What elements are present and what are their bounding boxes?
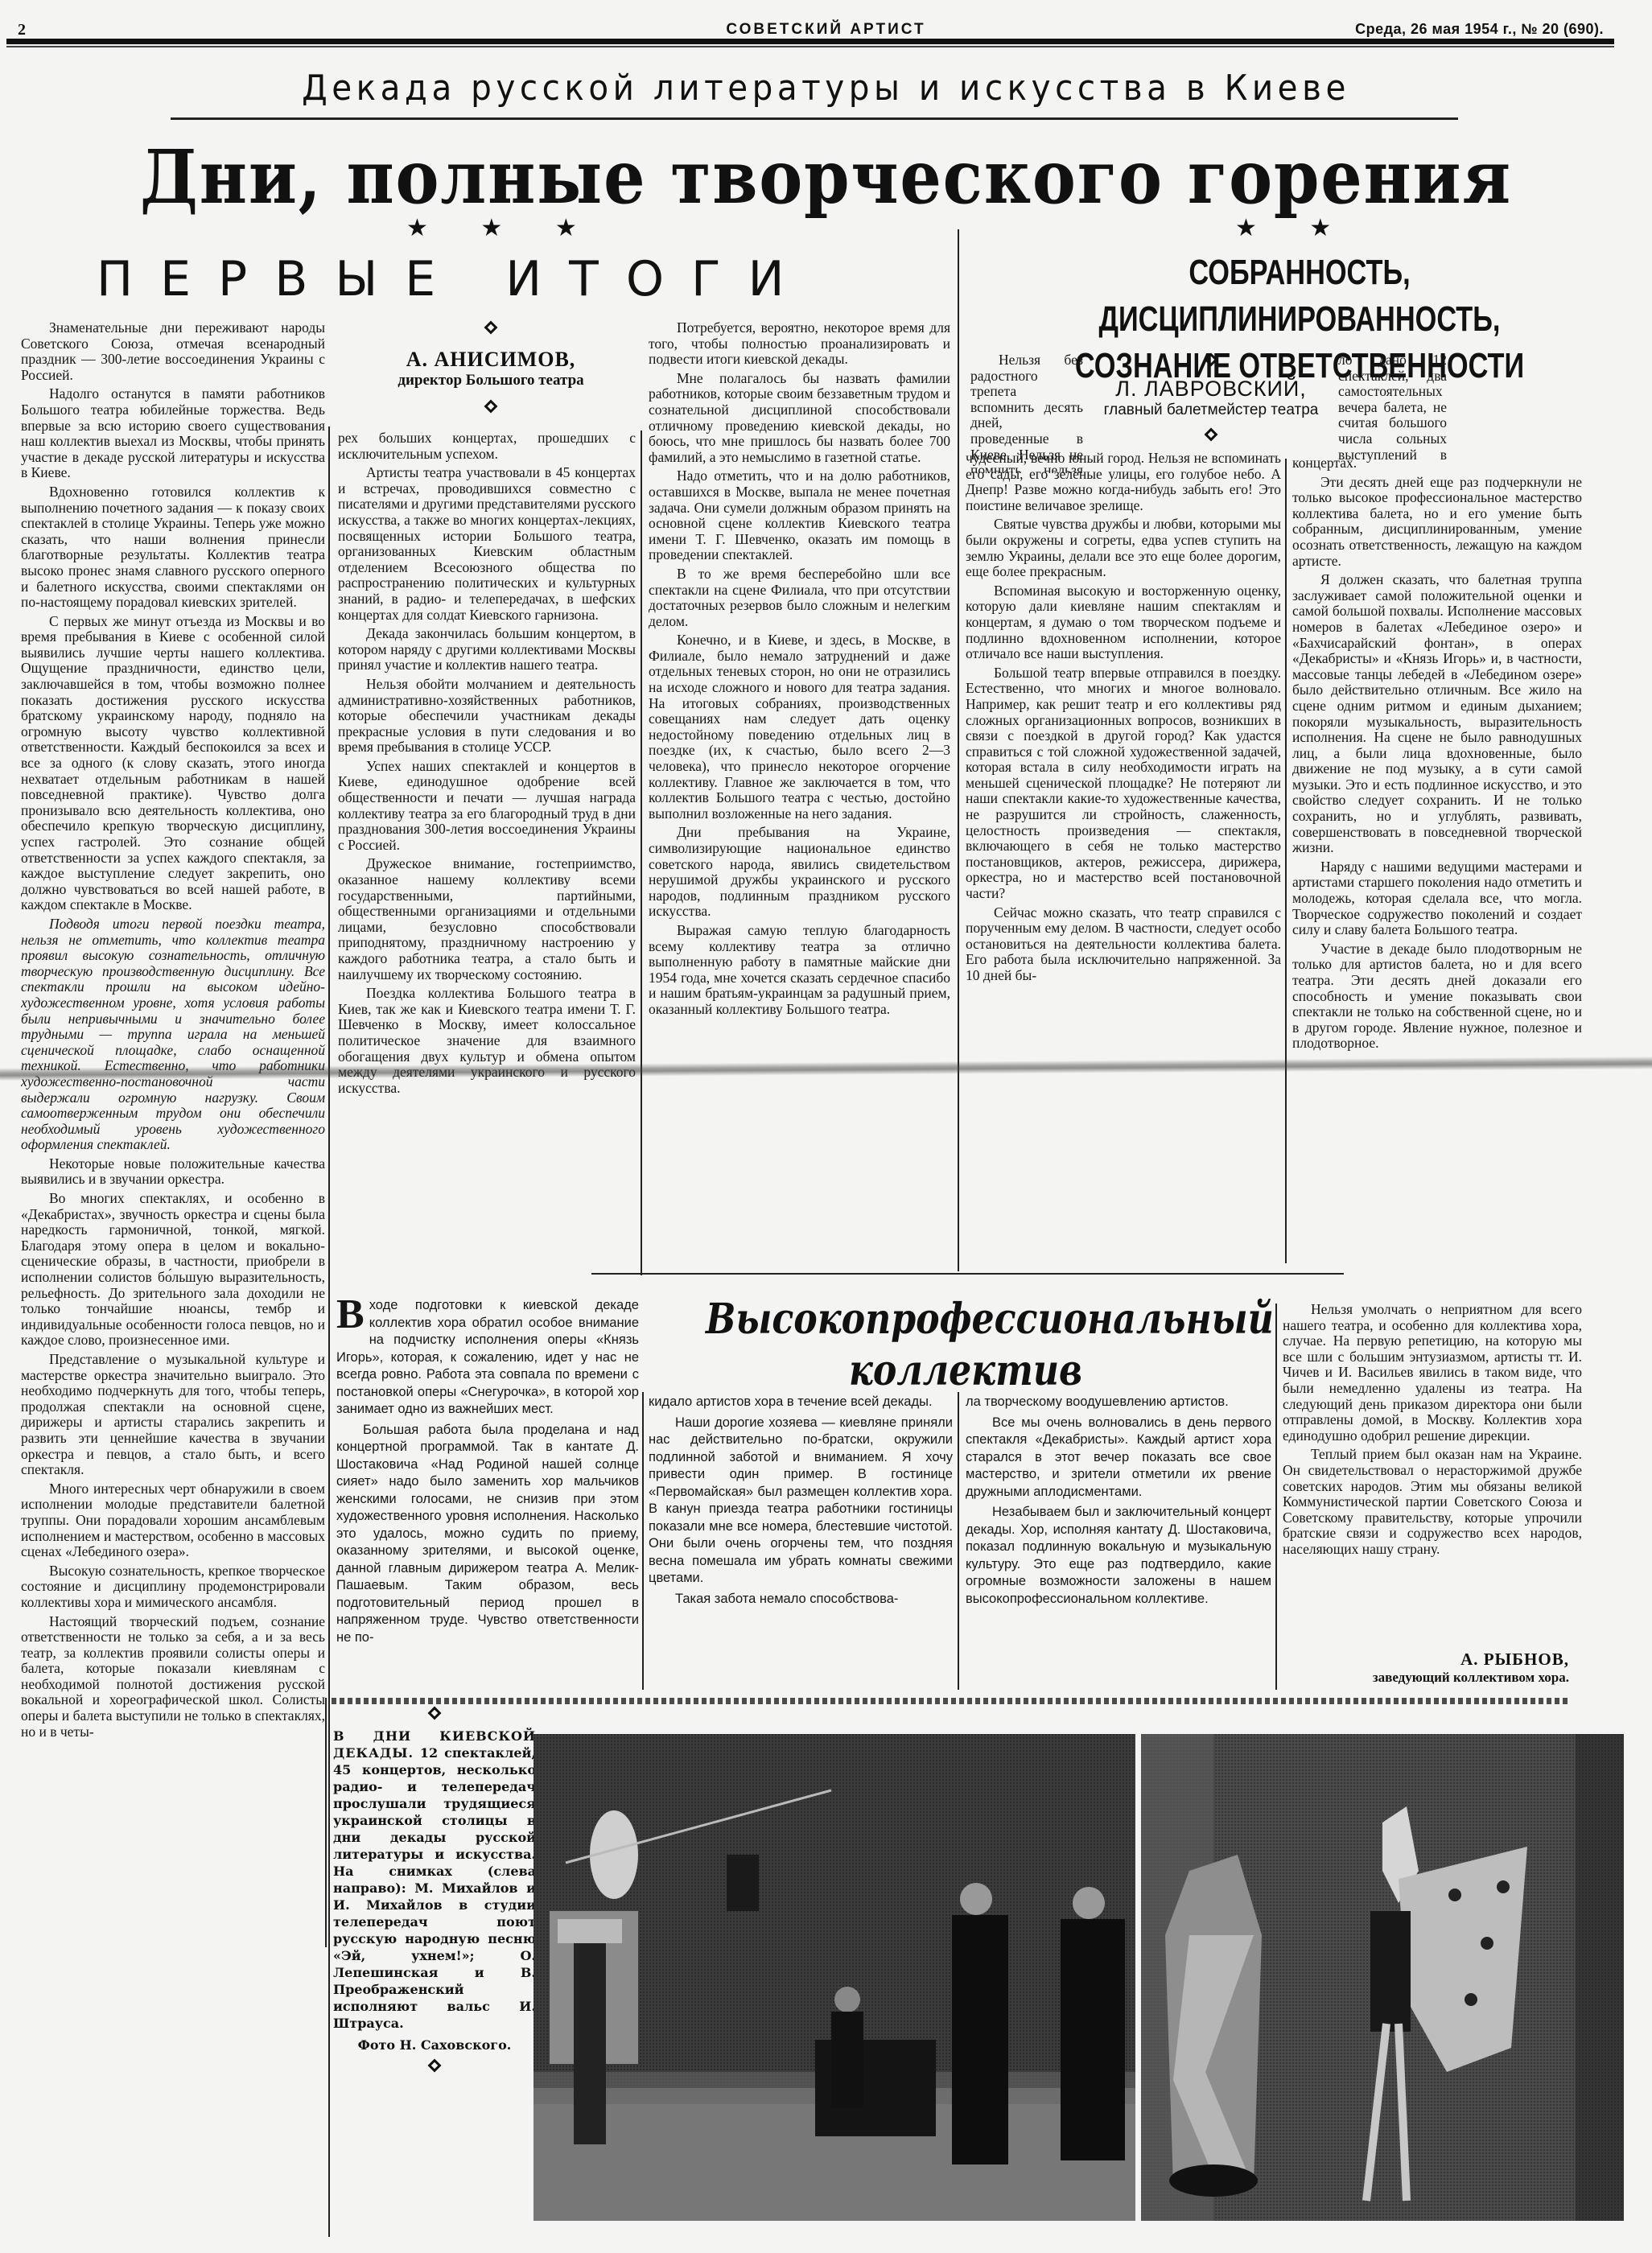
paragraph: Наряду с нашими ведущими мастерами и арт…: [1292, 859, 1582, 938]
paragraph: Много интересных черт обнаружили в своем…: [21, 1481, 325, 1560]
page-headline: Дни, полные творческого горения: [99, 134, 1553, 220]
paragraph: Вспоминая высокую и восторженную оценку,…: [966, 583, 1281, 662]
column-divider: [325, 1698, 327, 1947]
caption-text: В ДНИ КИЕВСКОЙ ДЕКАДЫ. 12 спектаклей, 45…: [333, 1728, 536, 2032]
author-role: директор Большого театра: [338, 372, 644, 389]
paragraph: Нельзя обойти молчанием и деятельность а…: [338, 677, 636, 756]
article3-title-line2: коллектив: [706, 1345, 1226, 1397]
paragraph: ло дано 12 спектаклей, два самостоятельн…: [1338, 352, 1447, 465]
column-divider: [1285, 459, 1287, 1263]
paragraph: Дни пребывания на Украине, символизирующ…: [649, 825, 950, 920]
paragraph: Большая работа была проделана и над конц…: [336, 1422, 639, 1647]
issue-date: Среда, 26 мая 1954 г., № 20 (690).: [1355, 21, 1604, 38]
paragraph: Высокую сознательность, крепкое творческ…: [21, 1563, 325, 1611]
paragraph: Декада закончилась большим концертом, в …: [338, 626, 636, 673]
article2-byline: Л. ЛАВРОВСКИЙ, главный балетмейстер теат…: [1086, 354, 1336, 443]
article2-column-1: чудесный, вечно юный город. Нельзя не вс…: [966, 451, 1281, 1271]
article1-column-3: Потребуется, вероятно, некоторое время д…: [649, 320, 950, 1274]
paragraph: Теплый прием был оказан нам на Украине. …: [1283, 1447, 1582, 1557]
column-divider: [958, 1392, 959, 1690]
diamond-ornament-icon: [1205, 428, 1218, 442]
kicker: Декада русской литературы и искусства в …: [66, 68, 1586, 109]
paragraph: Подводя итоги первой поездки театра, нел…: [21, 916, 325, 1153]
column-divider: [642, 1392, 644, 1690]
diamond-ornament-icon: [428, 1707, 442, 1720]
masthead: 2 СОВЕТСКИЙ АРТИСТ Среда, 26 мая 1954 г.…: [0, 10, 1652, 39]
section-rule: [591, 1273, 1344, 1275]
paragraph: ла творческому воодушевлению артистов.: [966, 1394, 1271, 1411]
paragraph: Знаменательные дни переживают народы Сов…: [21, 320, 325, 383]
paragraph: Артисты театра участвовали в 45 концерта…: [338, 465, 636, 623]
star-ornament-left: ★ ★ ★: [406, 214, 599, 242]
paragraph: концертах.: [1292, 455, 1582, 472]
paragraph: Такая забота немало способствова-: [649, 1591, 953, 1608]
paragraph: Святые чувства дружбы и любви, которыми …: [966, 517, 1281, 579]
article2-lead-right: ло дано 12 спектаклей, два самостоятельн…: [1338, 352, 1447, 465]
diamond-ornament-icon: [484, 400, 498, 414]
paragraph: Эти десять дней еще раз подчеркнули не т…: [1292, 475, 1582, 570]
paragraph: Выражая самую теплую благодарность всему…: [649, 923, 950, 1018]
paragraph: Мне полагалось бы назвать фамилии работн…: [649, 371, 950, 466]
paragraph: Дружеское внимание, гостеприимство, оказ…: [338, 856, 636, 982]
photo-credit: Фото Н. Саховского.: [333, 2037, 536, 2053]
column-divider: [1275, 1304, 1277, 1690]
paragraph: кидало артистов хора в течение всей дека…: [649, 1394, 953, 1411]
wavy-rule: [332, 1698, 1571, 1704]
paragraph: чудесный, вечно юный город. Нельзя не вс…: [966, 451, 1281, 513]
photo-ballet-waltz-image: [1141, 1734, 1624, 2221]
paragraph: С первых же минут отъезда из Москвы и во…: [21, 614, 325, 913]
dropcap: В: [336, 1297, 365, 1332]
article3-title-line1: Высокопрофессиональный: [706, 1294, 1226, 1345]
paragraph: Конечно, и в Киеве, и здесь, в Москве, в…: [649, 632, 950, 822]
article3-column-1: Входе подготовки к киевской декаде колле…: [336, 1297, 639, 1691]
article3-column-2: кидало артистов хора в течение всей дека…: [649, 1394, 953, 1691]
paragraph: Незабываем был и заключительный концерт …: [966, 1504, 1271, 1608]
photo-caption: В ДНИ КИЕВСКОЙ ДЕКАДЫ. 12 спектаклей, 45…: [333, 1706, 536, 2074]
paragraph: В то же время бесперебойно шли все спект…: [649, 566, 950, 629]
photo-tv-studio: [534, 1734, 1135, 2221]
paragraph: Большой театр впервые отправился в поезд…: [966, 665, 1281, 902]
paragraph: Нельзя умолчать о неприятном для всего н…: [1283, 1302, 1582, 1444]
paragraph: Во многих спектаклях, и особенно в «Дека…: [21, 1191, 325, 1349]
paragraph: Надолго останутся в памяти работников Бо…: [21, 386, 325, 481]
paragraph: Все мы очень волновались в день первого …: [966, 1415, 1271, 1501]
author-role: главный балетмейстер театра: [1086, 402, 1336, 419]
paragraph: ходе подготовки к киевской декаде коллек…: [336, 1298, 639, 1416]
author-name: Л. ЛАВРОВСКИЙ,: [1086, 377, 1336, 402]
article3-column-4: Нельзя умолчать о неприятном для всего н…: [1283, 1302, 1582, 1640]
photo-ballet-waltz: [1141, 1734, 1624, 2221]
paragraph: Сейчас можно сказать, что театр справилс…: [966, 905, 1281, 984]
paragraph: рех больших концертах, прошедших с исклю…: [338, 430, 636, 462]
article3-byline: А. РЫБНОВ, заведующий коллективом хора.: [1287, 1650, 1569, 1686]
photo-tv-studio-image: [534, 1734, 1135, 2221]
article3-column-3: ла творческому воодушевлению артистов. В…: [966, 1394, 1271, 1691]
article3-title: Высокопрофессиональный коллектив: [706, 1294, 1226, 1397]
paragraph: Наши дорогие хозяева — киевляне приняли …: [649, 1415, 953, 1588]
column-divider: [958, 229, 959, 1271]
masthead-rule: [6, 39, 1614, 44]
paragraph: Успех наших спектаклей и концертов в Кие…: [338, 759, 636, 854]
column-divider: [328, 426, 330, 2237]
article2-title-line1: СОБРАННОСТЬ, ДИСЦИПЛИНИРОВАННОСТЬ,: [1039, 249, 1559, 343]
paragraph: Некоторые новые положительные качества в…: [21, 1156, 325, 1188]
kicker-rule: [171, 117, 1458, 120]
article1-column-1: Знаменательные дни переживают народы Сов…: [21, 320, 325, 2235]
paragraph: Надо отметить, что и на долю работников,…: [649, 468, 950, 563]
paragraph: Потребуется, вероятно, некоторое время д…: [649, 320, 950, 368]
masthead-rule-thin: [6, 46, 1614, 47]
caption-body: 12 спектаклей, 45 концертов, несколько р…: [333, 1745, 536, 2031]
author-name: А. РЫБНОВ,: [1287, 1650, 1569, 1670]
star-ornament-right: ★ ★: [1235, 214, 1353, 242]
column-divider: [641, 430, 642, 1275]
paragraph: Участие в декаде было плодотворным не то…: [1292, 941, 1582, 1052]
paragraph: Представление о музыкальной культуре и м…: [21, 1352, 325, 1478]
paragraph: Поездка коллектива Большого театра в Кие…: [338, 986, 636, 1096]
article1-column-2: рех больших концертах, прошедших с исклю…: [338, 430, 636, 1271]
diamond-ornament-icon: [484, 321, 498, 335]
diamond-ornament-icon: [1205, 353, 1218, 367]
paragraph: Вдохновенно готовился коллектив к выполн…: [21, 484, 325, 611]
author-name: А. АНИСИМОВ,: [338, 348, 644, 372]
article2-column-2: концертах. Эти десять дней еще раз подче…: [1292, 455, 1582, 1268]
article1-title: ПЕРВЫЕ ИТОГИ: [97, 251, 869, 307]
article1-byline: А. АНИСИМОВ, директор Большого театра: [338, 322, 644, 415]
diamond-ornament-icon: [428, 2059, 442, 2073]
author-role: заведующий коллективом хора.: [1287, 1670, 1569, 1686]
paragraph: Я должен сказать, что балетная труппа за…: [1292, 572, 1582, 856]
paragraph: Настоящий творческий подъем, сознание от…: [21, 1614, 325, 1740]
